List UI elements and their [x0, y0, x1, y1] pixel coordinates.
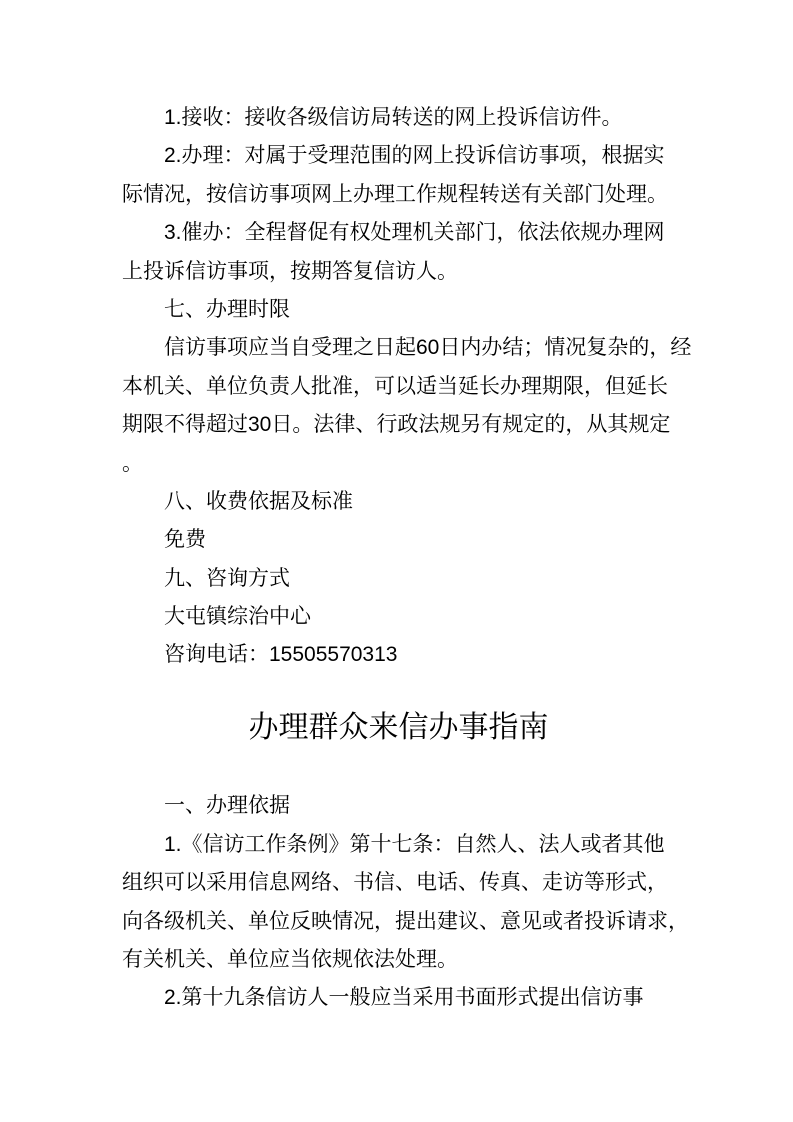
- text-line: 信访事项应当自受理之日起60日内办结；情况复杂的，经: [122, 329, 675, 367]
- document-page: 1.接收：接收各级信访局转送的网上投诉信访件。 2.办理：对属于受理范围的网上投…: [0, 0, 793, 1122]
- document-body: 1.接收：接收各级信访局转送的网上投诉信访件。 2.办理：对属于受理范围的网上投…: [0, 0, 793, 1018]
- text-line: 向各级机关、单位反映情况，提出建议、意见或者投诉请求，: [122, 903, 675, 941]
- text-line: 有关机关、单位应当依规依法处理。: [122, 941, 675, 979]
- text-line: 上投诉信访事项，按期答复信访人。: [122, 253, 675, 291]
- text-line: 大屯镇综治中心: [122, 598, 675, 636]
- section-heading-processing-basis: 一、办理依据: [122, 787, 675, 825]
- consultation-phone-line: 咨询电话：15505570313: [122, 636, 675, 674]
- text-line: 期限不得超过30日。法律、行政法规另有规定的，从其规定: [122, 406, 675, 444]
- section-heading-consultation-method: 九、咨询方式: [122, 560, 675, 598]
- text-line: 免费: [122, 521, 675, 559]
- text-line: 3.催办：全程督促有权处理机关部门，依法依规办理网: [122, 214, 675, 252]
- section-heading-processing-time-limit: 七、办理时限: [122, 291, 675, 329]
- text-line: 组织可以采用信息网络、书信、电话、传真、走访等形式，: [122, 864, 675, 902]
- text-line: 。: [122, 445, 675, 483]
- section-heading-fee-basis: 八、收费依据及标准: [122, 483, 675, 521]
- text-line: 1.《信访工作条例》第十七条：自然人、法人或者其他: [122, 826, 675, 864]
- document-title: 办理群众来信办事指南: [122, 699, 675, 757]
- text-line: 本机关、单位负责人批准，可以适当延长办理期限，但延长: [122, 368, 675, 406]
- text-line: 2.办理：对属于受理范围的网上投诉信访事项，根据实: [122, 137, 675, 175]
- text-line: 2.第十九条信访人一般应当采用书面形式提出信访事: [122, 979, 675, 1017]
- text-line: 1.接收：接收各级信访局转送的网上投诉信访件。: [122, 99, 675, 137]
- text-line: 际情况，按信访事项网上办理工作规程转送有关部门处理。: [122, 176, 675, 214]
